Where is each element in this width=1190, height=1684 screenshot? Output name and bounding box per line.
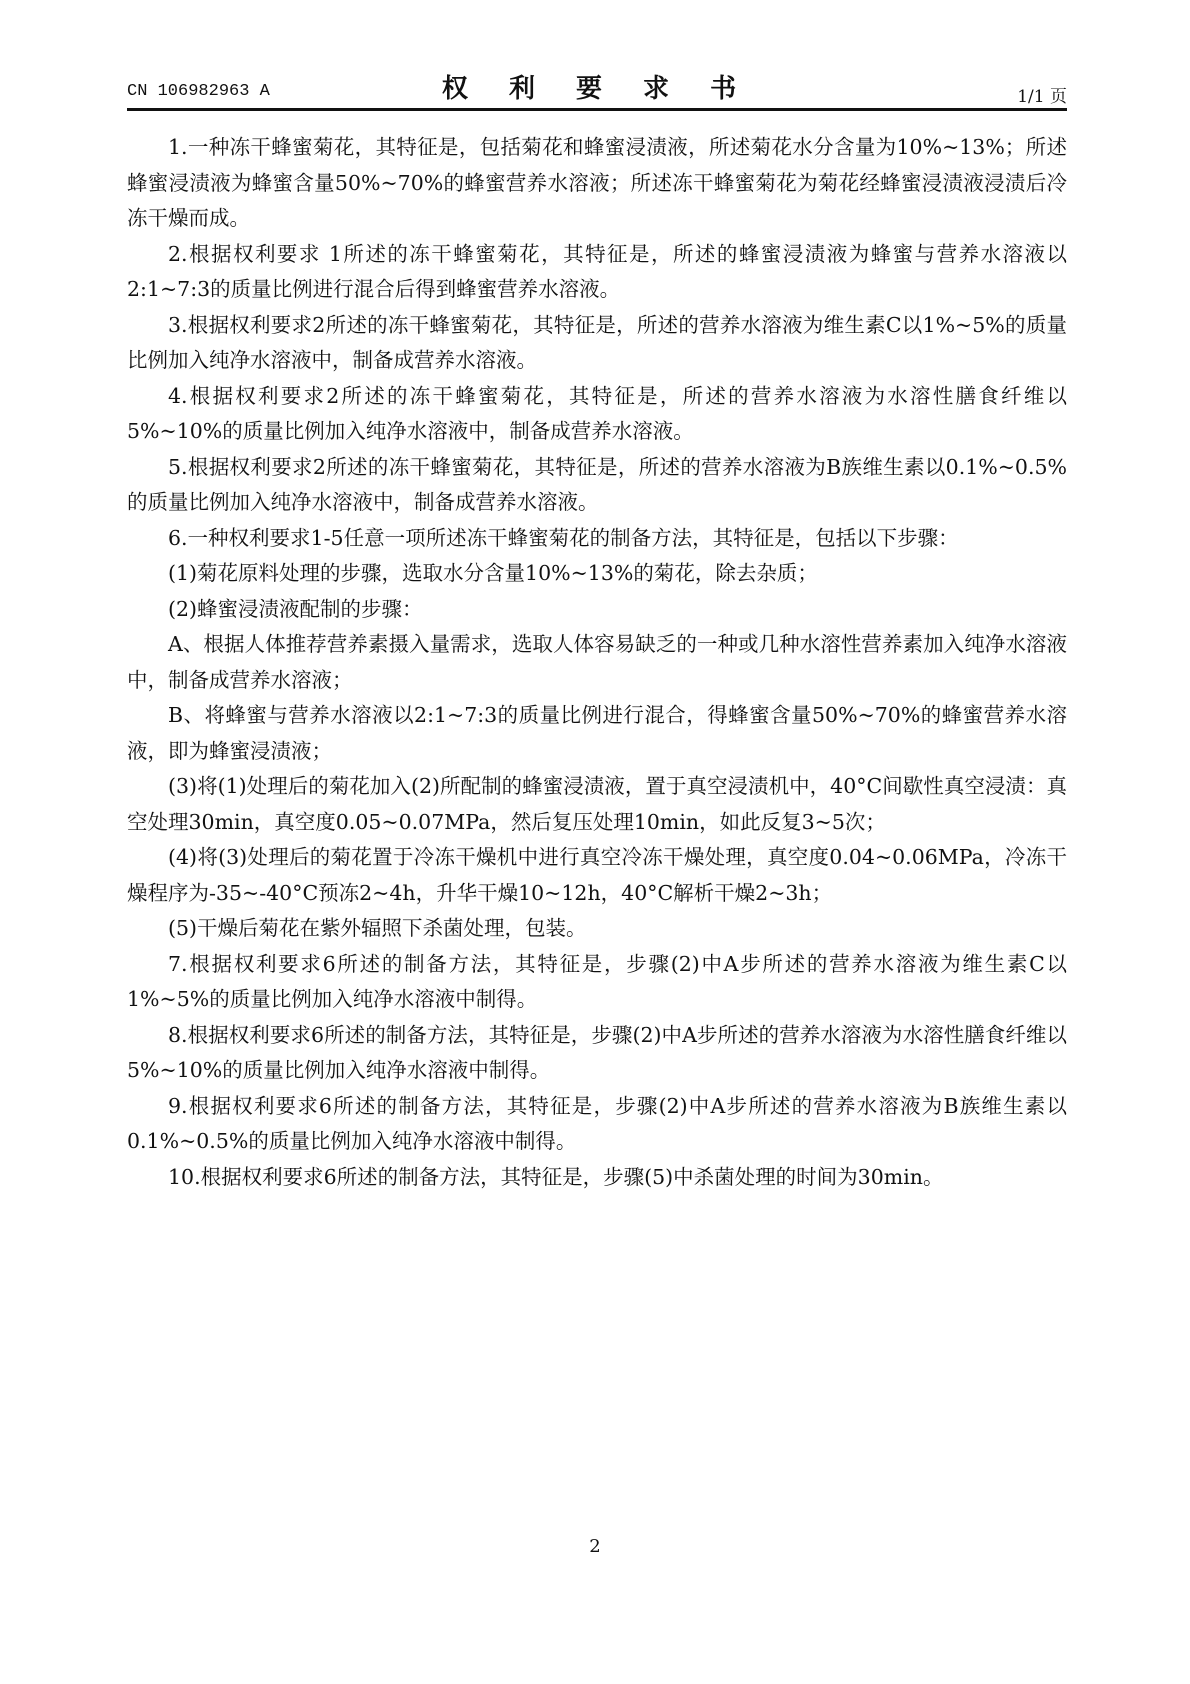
claim-7: 7.根据权利要求6所述的制备方法，其特征是，步骤(2)中A步所述的营养水溶液为维…	[127, 947, 1067, 1018]
claims-body: 1.一种冻干蜂蜜菊花，其特征是，包括菊花和蜂蜜浸渍液，所述菊花水分含量为10%~…	[127, 130, 1067, 1195]
claim-6-step-1: (1)菊花原料处理的步骤，选取水分含量10%~13%的菊花，除去杂质；	[127, 556, 1067, 592]
claim-8: 8.根据权利要求6所述的制备方法，其特征是，步骤(2)中A步所述的营养水溶液为水…	[127, 1018, 1067, 1089]
claim-6-step-5: (5)干燥后菊花在紫外辐照下杀菌处理，包装。	[127, 911, 1067, 947]
page-indicator: 1/1 页	[1017, 82, 1067, 107]
claim-3: 3.根据权利要求2所述的冻干蜂蜜菊花，其特征是，所述的营养水溶液为维生素C以1%…	[127, 308, 1067, 379]
claim-6-step-3: (3)将(1)处理后的菊花加入(2)所配制的蜂蜜浸渍液，置于真空浸渍机中，40°…	[127, 769, 1067, 840]
page-number: 2	[0, 1536, 1190, 1557]
claim-6-step-2b: B、将蜂蜜与营养水溶液以2:1~7:3的质量比例进行混合，得蜂蜜含量50%~70…	[127, 698, 1067, 769]
claim-6-step-4: (4)将(3)处理后的菊花置于冷冻干燥机中进行真空冷冻干燥处理，真空度0.04~…	[127, 840, 1067, 911]
page-header: CN 106982963 A 权 利 要 求 书 1/1 页	[127, 62, 1067, 106]
claim-6-step-2: (2)蜂蜜浸渍液配制的步骤：	[127, 592, 1067, 628]
claim-4: 4.根据权利要求2所述的冻干蜂蜜菊花，其特征是，所述的营养水溶液为水溶性膳食纤维…	[127, 379, 1067, 450]
claim-6: 6.一种权利要求1-5任意一项所述冻干蜂蜜菊花的制备方法，其特征是，包括以下步骤…	[127, 521, 1067, 557]
claim-6-step-2a: A、根据人体推荐营养素摄入量需求，选取人体容易缺乏的一种或几种水溶性营养素加入纯…	[127, 627, 1067, 698]
document-title: 权 利 要 求 书	[127, 68, 1067, 105]
claim-5: 5.根据权利要求2所述的冻干蜂蜜菊花，其特征是，所述的营养水溶液为B族维生素以0…	[127, 450, 1067, 521]
claim-2: 2.根据权利要求 1所述的冻干蜂蜜菊花，其特征是，所述的蜂蜜浸渍液为蜂蜜与营养水…	[127, 237, 1067, 308]
claim-9: 9.根据权利要求6所述的制备方法，其特征是，步骤(2)中A步所述的营养水溶液为B…	[127, 1089, 1067, 1160]
claim-10: 10.根据权利要求6所述的制备方法，其特征是，步骤(5)中杀菌处理的时间为30m…	[127, 1160, 1067, 1196]
header-rule	[127, 108, 1067, 111]
claim-1: 1.一种冻干蜂蜜菊花，其特征是，包括菊花和蜂蜜浸渍液，所述菊花水分含量为10%~…	[127, 130, 1067, 237]
